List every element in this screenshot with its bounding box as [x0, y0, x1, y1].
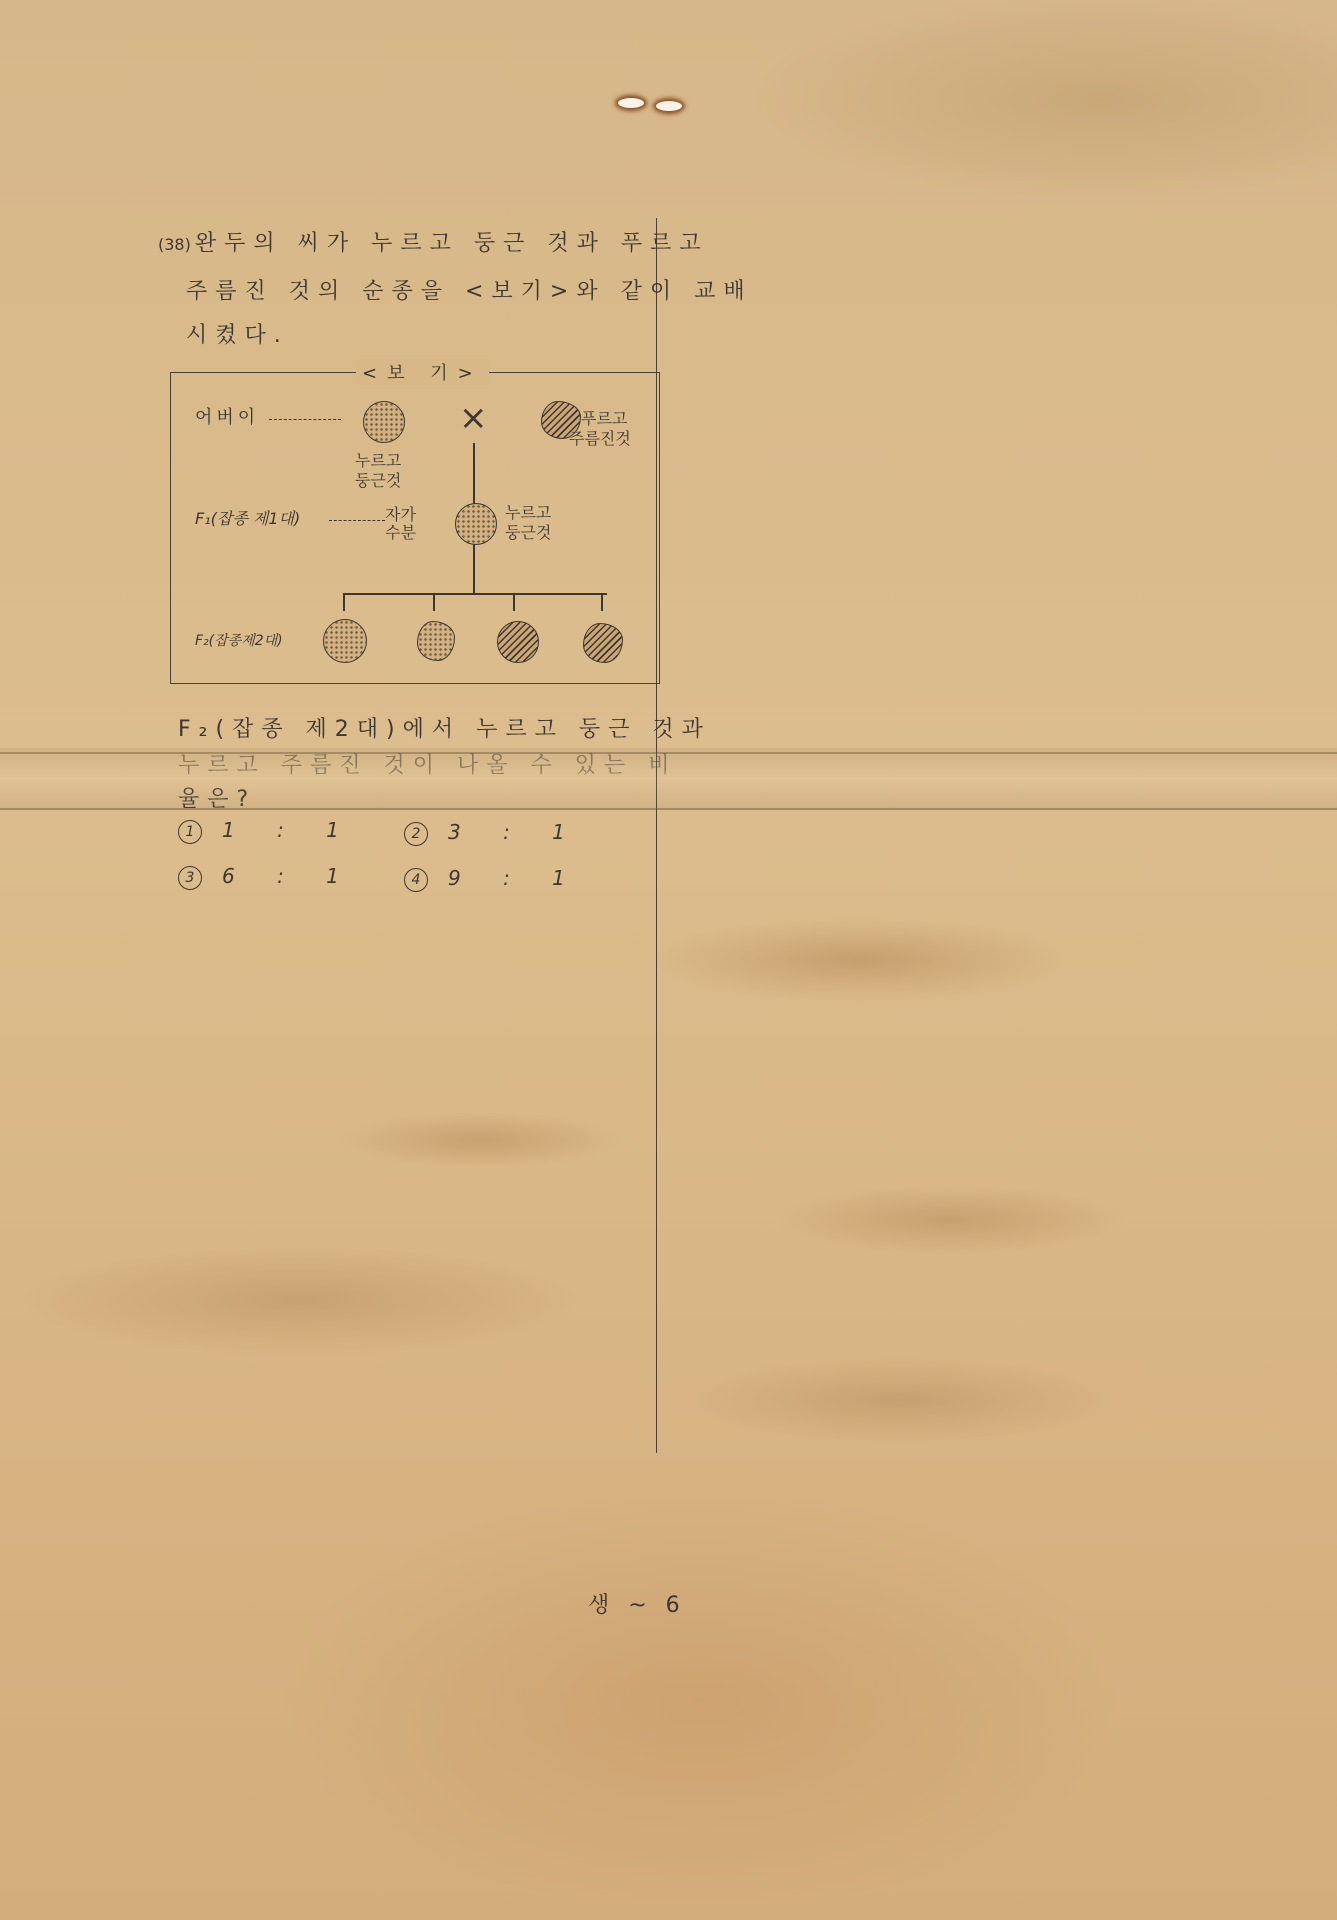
choice-marker: 3 [178, 866, 202, 890]
choice-marker: 1 [178, 820, 202, 844]
fold-line [0, 808, 1337, 810]
question-number: (38) [158, 235, 191, 254]
f1-seed-yellow-round [455, 503, 497, 545]
f2-seed-green-wrinkled [583, 623, 623, 663]
dashed-connector [269, 419, 341, 420]
prompt-line-1: F₂(잡종 제2대)에서 누르고 둥근 것과 [178, 712, 711, 743]
cross-symbol: × [459, 401, 488, 435]
f2-branch-tick [513, 593, 515, 611]
choice-marker: 2 [404, 822, 428, 846]
f2-branch-tick [343, 593, 345, 611]
parent2-label-1: 푸르고 [581, 409, 627, 429]
f1-result-label-1: 누르고 [505, 503, 551, 523]
parent2-label-2: 주름진것 [569, 429, 631, 449]
choice-marker: 4 [404, 868, 428, 892]
example-box: <보 기> 어버이 누르고 둥근것 × 푸르고 주름진것 F₁(잡종 제1대) … [170, 372, 660, 684]
f2-branch-tick [601, 593, 603, 611]
paper-fold [0, 748, 1337, 810]
f2-label: F₂(잡종제2대) [195, 631, 283, 651]
question-line-3: 시켰다. [186, 318, 289, 349]
example-box-title: <보 기> [356, 359, 489, 385]
choice-4[interactable]: 49 : 1 [404, 866, 583, 892]
punch-hole [656, 101, 682, 111]
f2-branch-horizontal [343, 593, 607, 595]
parent-seed-yellow-round [363, 401, 405, 443]
f1-self-label-2: 수분 [385, 523, 416, 543]
f1-label: F₁(잡종 제1대) [195, 509, 300, 529]
parent1-label-2: 둥근것 [355, 471, 401, 491]
question-line-1: (38)완두의 씨가 누르고 둥근 것과 푸르고 [158, 226, 709, 257]
parent-label: 어버이 [195, 408, 259, 428]
choice-3[interactable]: 36 : 1 [178, 864, 357, 890]
f1-result-label-2: 둥근것 [505, 523, 551, 543]
f1-self-label-1: 자가 [385, 505, 416, 525]
punch-hole [618, 98, 644, 108]
dashed-connector [329, 520, 385, 521]
f2-seed-yellow-wrinkled [417, 621, 455, 661]
f2-seed-yellow-round [323, 619, 367, 663]
question-line-2: 주름진 것의 순종을 <보기>와 같이 교배 [186, 274, 753, 305]
parent1-label-1: 누르고 [355, 451, 401, 471]
f2-branch-tick [433, 593, 435, 611]
choice-2[interactable]: 23 : 1 [404, 820, 583, 846]
fold-line [0, 752, 1337, 754]
choice-1[interactable]: 11 : 1 [178, 818, 357, 844]
page-number: 생 ~ 6 [588, 1588, 686, 1619]
f2-seed-green-round [497, 621, 539, 663]
